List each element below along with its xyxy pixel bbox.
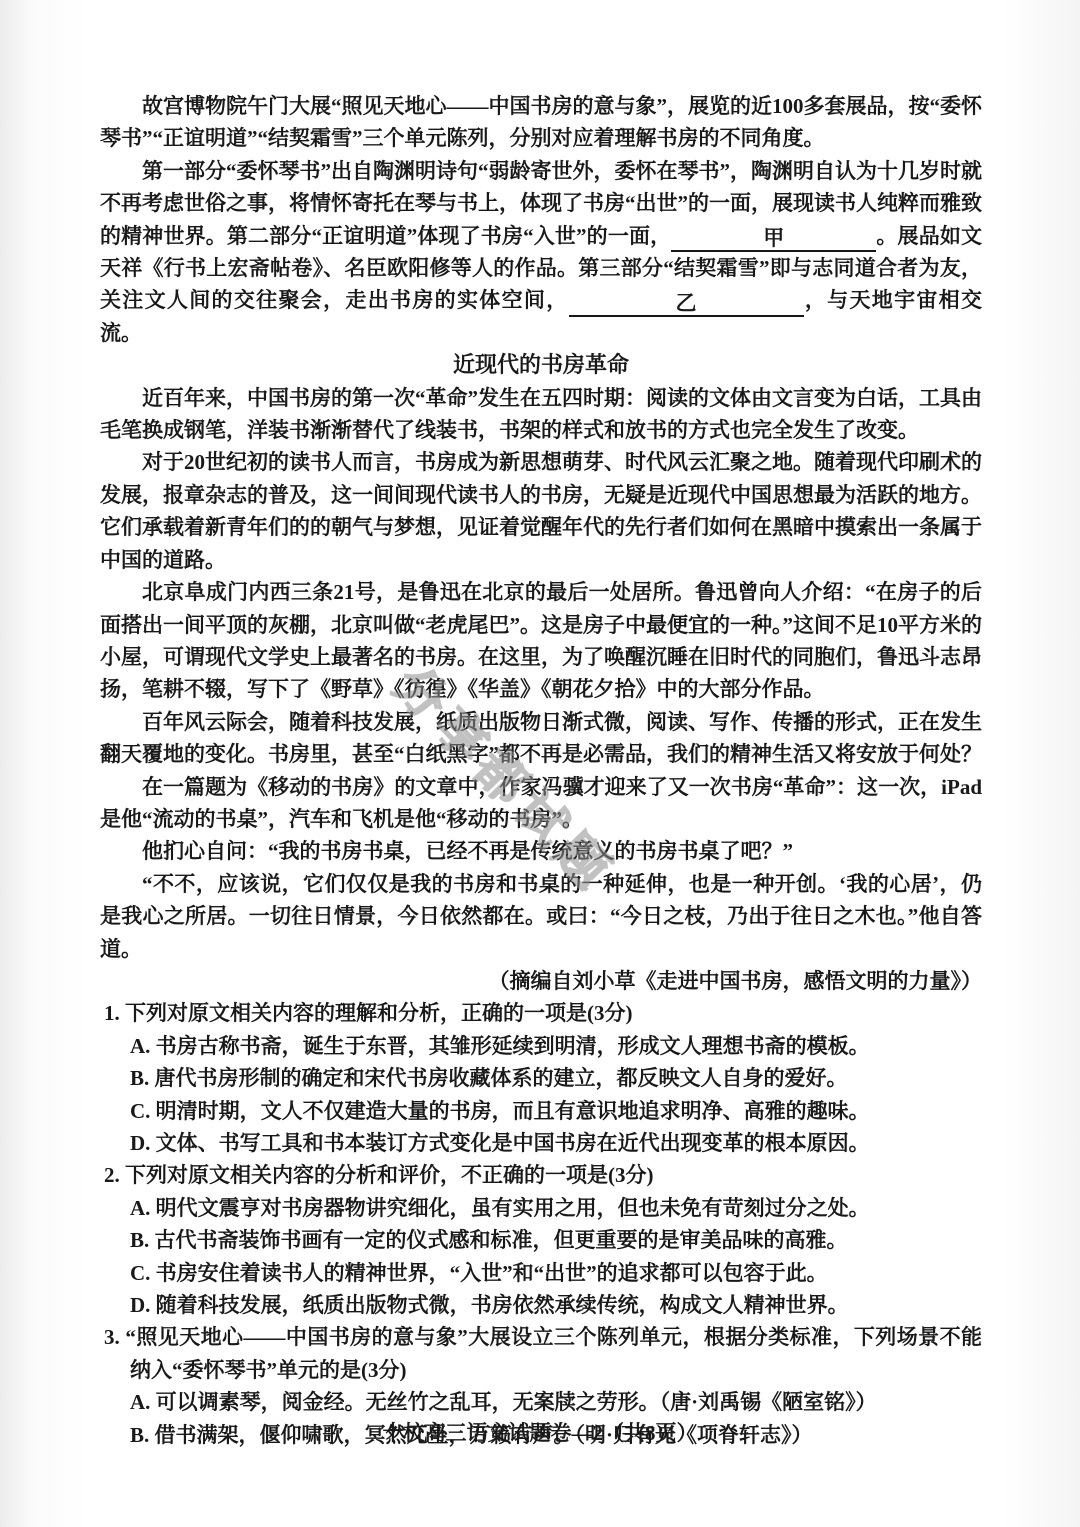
question-2-option-b: B. 古代书斋装饰书画有一定的仪式感和标准，但更重要的是审美品味的高雅。: [130, 1224, 982, 1256]
passage-source-attribution: （摘编自刘小草《走进中国书房，感悟文明的力量》）: [100, 965, 982, 997]
question-3-option-a: A. 可以调素琴，阅金经。无丝竹之乱耳，无案牍之劳形。（唐·刘禹锡《陋室铭》）: [130, 1386, 982, 1418]
passage-paragraph-1: 故宫博物院午门大展“照见天地心——中国书房的意与象”，展览的近100多套展品，按…: [100, 90, 982, 155]
question-1-option-c: C. 明清时期，文人不仅建造大量的书房，而且有意识地追求明净、高雅的趣味。: [130, 1095, 982, 1127]
passage-paragraph-9: “不不，应该说，它们仅仅是我的书房和书桌的一种延伸，也是一种开创。‘我的心居’，…: [100, 868, 982, 965]
question-2: 2. 下列对原文相关内容的分析和评价，不正确的一项是(3分) A. 明代文震亨对…: [100, 1159, 982, 1321]
passage-paragraph-4: 对于20世纪初的读书人而言，书房成为新思想萌芽、时代风云汇聚之地。随着现代印刷术…: [100, 446, 982, 576]
passage-paragraph-2: 第一部分“委怀琴书”出自陶渊明诗句“弱龄寄世外，委怀在琴书”，陶渊明自认为十几岁…: [100, 155, 982, 349]
page-footer: 十校高三语文试题卷—2（共8页）: [0, 1417, 1080, 1447]
question-2-option-d: D. 随着科技发展，纸质出版物式微，书房依然承续传统，构成文人精神世界。: [130, 1289, 982, 1321]
passage-paragraph-6: 百年风云际会，随着科技发展，纸质出版物日渐式微，阅读、写作、传播的形式，正在发生…: [100, 706, 982, 771]
fill-in-blank-yi: 乙: [569, 291, 804, 317]
question-1-stem: 1. 下列对原文相关内容的理解和分析，正确的一项是(3分): [130, 997, 982, 1029]
passage-and-questions: 故宫博物院午门大展“照见天地心——中国书房的意与象”，展览的近100多套展品，按…: [100, 90, 982, 1451]
question-2-option-c: C. 书房安住着读书人的精神世界，“入世”和“出世”的追求都可以包容于此。: [130, 1257, 982, 1289]
question-2-stem: 2. 下列对原文相关内容的分析和评价，不正确的一项是(3分): [130, 1159, 982, 1191]
question-1-option-b: B. 唐代书房形制的确定和宋代书房收藏体系的建立，都反映文人自身的爱好。: [130, 1062, 982, 1094]
fill-in-blank-jia: 甲: [671, 226, 876, 252]
question-3-stem: 3. “照见天地心——中国书房的意与象”大展设立三个陈列单元，根据分类标准，下列…: [130, 1321, 982, 1386]
question-1-option-a: A. 书房古称书斋，诞生于东晋，其雏形延续到明清，形成文人理想书斋的模板。: [130, 1030, 982, 1062]
question-1-option-d: D. 文体、书写工具和书本装订方式变化是中国书房在近代出现变革的根本原因。: [130, 1127, 982, 1159]
question-2-option-a: A. 明代文震亨对书房器物讲究细化，虽有实用之用，但也未免有苛刻过分之处。: [130, 1192, 982, 1224]
passage-paragraph-7: 在一篇题为《移动的书房》的文章中，作家冯骥才迎来了又一次书房“革命”：这一次，i…: [100, 771, 982, 836]
question-1: 1. 下列对原文相关内容的理解和分析，正确的一项是(3分) A. 书房古称书斋，…: [100, 997, 982, 1159]
passage-paragraph-5: 北京阜成门内西三条21号，是鲁迅在北京的最后一处居所。鲁迅曾向人介绍：“在房子的…: [100, 576, 982, 706]
passage-paragraph-8: 他扪心自问：“我的书房书桌，已经不再是传统意义的书房书桌了吧？”: [100, 835, 982, 867]
exam-page: 分享都试题 故宫博物院午门大展“照见天地心——中国书房的意与象”，展览的近100…: [0, 0, 1080, 1527]
passage-subheading: 近现代的书房革命: [100, 349, 982, 381]
passage-paragraph-3: 近百年来，中国书房的第一次“革命”发生在五四时期：阅读的文体由文言变为白话，工具…: [100, 382, 982, 447]
